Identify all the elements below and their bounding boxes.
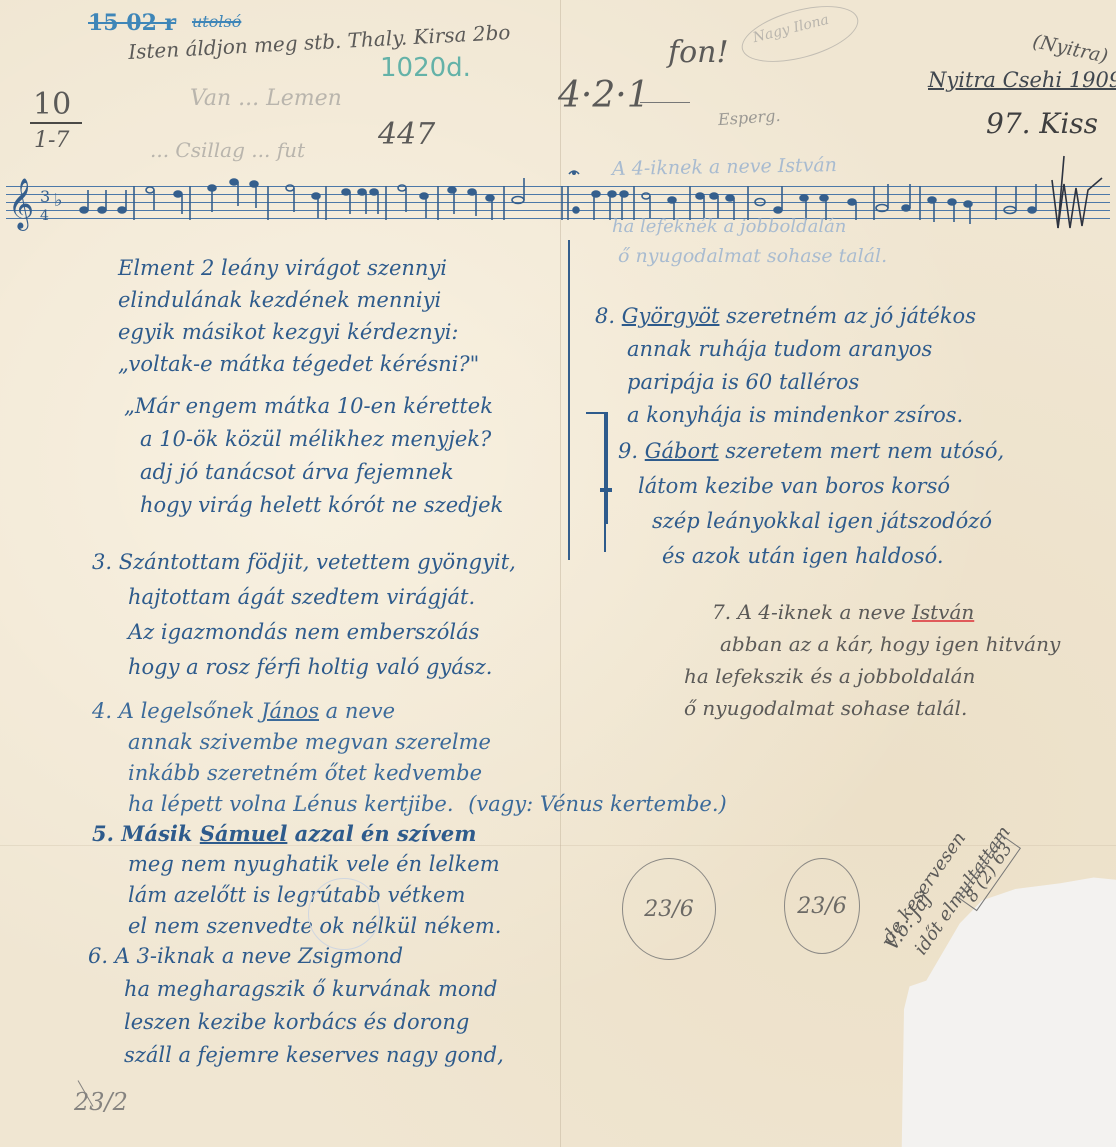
circled-number-2: 23/6	[784, 858, 860, 954]
underlined-name: János	[261, 699, 319, 723]
verse-text: A 4-iknek a neve	[737, 600, 911, 624]
verse-line: 3. Szántottam födjit, vetettem gyöngyit,	[92, 545, 516, 580]
verse-line: meg nem nyughatik vele én lelkem	[92, 849, 501, 880]
stanza-2: „Már engem mátka 10-en kérettek a 10-ök …	[124, 390, 503, 522]
verse-line: ha lépett volna Lénus kertjibe.	[128, 792, 454, 816]
verse-line: annak ruhája tudom aranyos	[595, 333, 976, 366]
svg-text:4: 4	[40, 208, 49, 224]
circled-number-1: 23/6	[622, 858, 716, 960]
verse-text: azzal én szívem	[287, 821, 476, 846]
verse-line: elindulának kezdének menniyi	[118, 284, 479, 316]
verse-line: szép leányokkal igen játszodózó	[618, 504, 1004, 539]
verse-line: a konyhája is mindenkor zsíros.	[595, 399, 976, 432]
place-year: Nyitra Csehi 1909.	[928, 70, 1116, 91]
verse-text: Másik	[121, 821, 200, 846]
verse-line: el nem szenvedte ok nélkül nékem.	[92, 911, 501, 942]
verse-line: látom kezibe van boros korsó	[618, 469, 1004, 504]
stanza-bracket-line	[604, 412, 606, 552]
annotation-fon: fon!	[668, 38, 729, 68]
faint-pencil-line-1: Van ... Lemen	[190, 88, 342, 110]
verse-text: szeretem mert nem utósó,	[719, 439, 1005, 463]
fraction-top: 10	[33, 90, 71, 120]
verse-text: a neve	[319, 699, 395, 723]
underlined-name: Sámuel	[200, 821, 288, 846]
call-number-teal: 1020d.	[380, 55, 471, 81]
annotation-espressivo: Esperg.	[718, 108, 782, 128]
verse-text: A legelsőnek	[119, 699, 261, 723]
verse-line: Elment 2 leány virágot szennyi	[118, 252, 479, 284]
verse-line: „voltak-e mátka tégedet kérésni?"	[118, 348, 479, 380]
arrow-marker	[600, 488, 612, 492]
treble-clef-icon: 𝄞	[8, 178, 34, 231]
verse-line: ő nyugodalmat sohase talál.	[684, 692, 1060, 724]
catalog-note-struck: utolsó	[192, 14, 241, 30]
fraction-bottom: 1-7	[34, 130, 69, 152]
stanza-number: 5.	[92, 821, 114, 846]
stanza-4: 4. A legelsőnek János a neve annak szive…	[92, 696, 727, 820]
stanza-number: 8.	[595, 304, 615, 328]
stanza-number: 9.	[618, 439, 638, 463]
fon-bracket-line	[640, 102, 690, 103]
stanza-9: 9. Gábort szeretem mert nem utósó, látom…	[618, 434, 1004, 574]
faint-overlay-line-1: A 4-iknek a neve István	[612, 156, 837, 179]
verse-line: Az igazmondás nem emberszólás	[92, 615, 516, 650]
verse-line: és azok után igen haldosó.	[618, 539, 1004, 574]
number-447: 447	[378, 120, 435, 150]
stanza-8: 8. Györgyöt szeretném az jó játékos anna…	[595, 300, 976, 432]
fraction-bar	[30, 122, 82, 124]
flat-icon: ♭	[54, 190, 63, 211]
stanza-6: 6. A 3-iknak a neve Zsigmond ha megharag…	[88, 940, 504, 1072]
column-divider	[568, 240, 570, 560]
verse-line: abban az a kár, hogy igen hitvány	[712, 628, 1060, 660]
stanza-number: 4.	[92, 699, 112, 723]
stanza-5: 5. Másik Sámuel azzal én szívem meg nem …	[92, 818, 501, 942]
music-staff: 𝄞 3 4 ♭	[6, 186, 1110, 220]
verse-line: leszen kezibe korbács és dorong	[88, 1006, 504, 1039]
verse-line: a 10-ök közül mélikhez menyjek?	[124, 423, 503, 456]
verse-text: szeretném az jó játékos	[719, 304, 976, 328]
rhythm-pattern: 4·2·1	[558, 78, 650, 114]
verse-line: száll a fejemre keserves nagy gond,	[88, 1039, 504, 1072]
verse-line: lám azelőtt is legrútabb vétkem	[92, 880, 501, 911]
verse-line: ha lefekszik és a jobboldalán	[684, 660, 1060, 692]
faint-overlay-line-2: ha lefeknék a jobboldalán	[612, 218, 846, 236]
verse-line: egyik másikot kezgyi kérdeznyi:	[118, 316, 479, 348]
verse-line: hajtottam ágát szedtem virágját.	[92, 580, 516, 615]
stanza-3: 3. Szántottam födjit, vetettem gyöngyit,…	[92, 545, 516, 685]
catalog-number-struck: 15 02 r	[88, 12, 176, 34]
signature: 97. Kiss	[986, 110, 1098, 138]
verse-line: inkább szeretném őtet kedvembe	[92, 758, 727, 789]
underlined-name: Gábort	[645, 439, 719, 463]
svg-text:3: 3	[40, 187, 50, 206]
stanza-number: 7.	[712, 600, 731, 624]
variant-reading: (vagy: Vénus kertembe.)	[460, 792, 727, 816]
verse-line: ha megharagszik ő kurvának mond	[88, 973, 504, 1006]
verse-line: paripája is 60 talléros	[595, 366, 976, 399]
underlined-name: István	[912, 600, 974, 624]
verse-line: hogy a rosz férfi holtig való gyász.	[92, 650, 516, 685]
verse-line: adj jó tanácsot árva fejemnek	[124, 456, 503, 489]
faint-pencil-line-2: ... Csillag ... fut	[150, 140, 305, 160]
verse-line: hogy virág helett kórót ne szedjek	[124, 489, 503, 522]
verse-line: annak szivembe megvan szerelme	[92, 727, 727, 758]
underlined-name: Györgyöt	[622, 304, 720, 328]
stanza-7: 7. A 4-iknek a neve István abban az a ká…	[712, 596, 1060, 724]
faint-overlay-line-3: ő nyugodalmat sohase talál.	[618, 247, 887, 266]
music-notes: 𝄞 3 4 ♭	[6, 168, 1110, 248]
verse-line: 6. A 3-iknak a neve Zsigmond	[88, 940, 504, 973]
stanza-1: Elment 2 leány virágot szennyi elindulán…	[118, 252, 479, 380]
bottom-left-number: 23/2	[74, 1090, 128, 1114]
verse-line: „Már engem mátka 10-en kérettek	[124, 390, 503, 423]
